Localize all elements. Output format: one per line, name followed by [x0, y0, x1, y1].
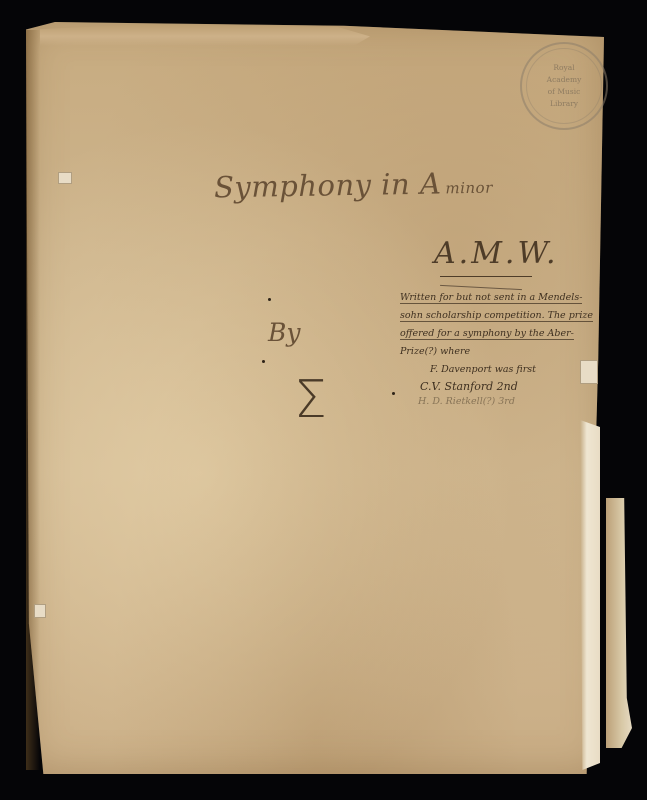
torn-right-flap: [606, 498, 632, 748]
note-line: H. D. Rietkell(?) 3rd: [418, 396, 515, 407]
note-line: Written for but not sent in a Mendels-: [400, 292, 582, 304]
note-line: F. Davenport was first: [430, 364, 536, 375]
ink-speck: [268, 298, 271, 301]
note-line: Prize(?) where: [400, 346, 470, 357]
author-initials: A.M.W.: [434, 236, 559, 271]
manuscript-title: Symphony in Aminor: [214, 166, 493, 205]
title-text: Symphony in A: [214, 166, 442, 204]
tear-mark: [580, 360, 598, 384]
note-line: C.V. Stanford 2nd: [420, 380, 518, 393]
stamp-inner-ring: [526, 48, 602, 124]
initials-underline: [440, 276, 532, 277]
tear-mark: [34, 604, 46, 618]
tear-mark: [58, 172, 72, 184]
spine-shadow: [26, 30, 40, 770]
ink-speck: [392, 392, 395, 395]
library-stamp: Royal Academy of Music Library: [520, 42, 608, 130]
by-label: By: [268, 318, 301, 347]
ink-speck: [262, 360, 265, 363]
title-suffix: minor: [445, 179, 493, 198]
note-line: offered for a symphony by the Aber-: [400, 328, 574, 340]
composer-mark: Σ: [294, 370, 327, 430]
note-line: sohn scholarship competition. The prize: [400, 310, 593, 322]
